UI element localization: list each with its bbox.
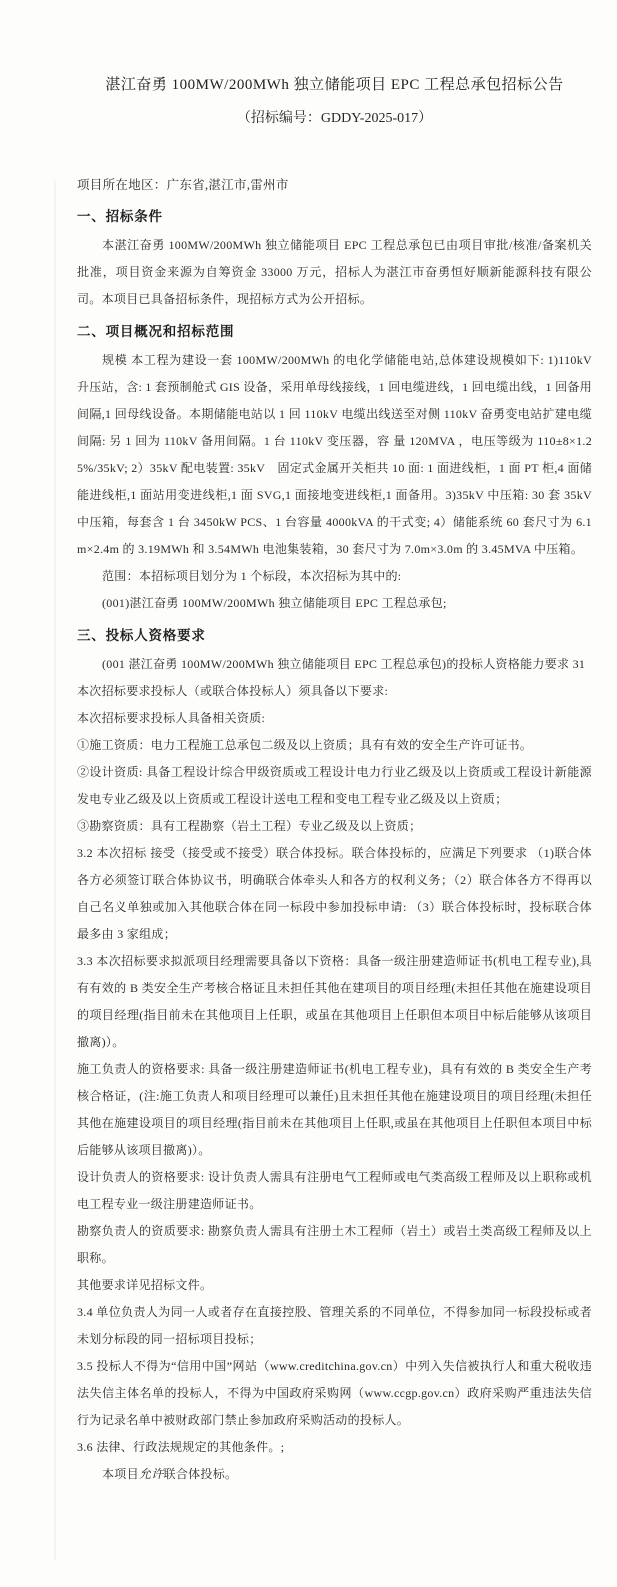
paragraph-text: 联合体投标。	[164, 1467, 238, 1481]
filled-blank-value: 允许	[139, 1467, 164, 1481]
paragraph: 3.5 投标人不得为“信用中国”网站（www.creditchina.gov.c…	[77, 1353, 592, 1434]
section-heading: 一、招标条件	[77, 203, 592, 230]
paragraph: 本湛江奋勇 100MW/200MWh 独立储能项目 EPC 工程总承包已由项目审…	[77, 232, 592, 313]
paragraph: ②设计资质: 具备工程设计综合甲级资质或工程设计电力行业乙级及以上资质或工程设计…	[77, 759, 592, 813]
scan-artifact-line	[54, 180, 56, 1560]
paragraph: 3.2 本次招标 接受（接受或不接受）联合体投标。联合体投标的，应满足下列要求 …	[77, 840, 592, 948]
paragraph: 3.6 法律、行政法规规定的其他条件。;	[77, 1434, 592, 1461]
tender-announcement-page: 湛江奋勇 100MW/200MWh 独立储能项目 EPC 工程总承包招标公告 （…	[0, 0, 617, 1587]
paragraph: (001 湛江奋勇 100MW/200MWh 独立储能项目 EPC 工程总承包)…	[77, 651, 592, 678]
paragraph: (001)湛江奋勇 100MW/200MWh 独立储能项目 EPC 工程总承包;	[77, 590, 592, 617]
page-title: 湛江奋勇 100MW/200MWh 独立储能项目 EPC 工程总承包招标公告	[77, 74, 592, 97]
paragraph: 勘察负责人的资质要求: 勘察负责人需具有注册土木工程师（岩土）或岩土类高级工程师…	[77, 1218, 592, 1272]
section-heading: 二、项目概况和招标范围	[77, 318, 592, 345]
paragraph: 本项目允许联合体投标。	[77, 1461, 592, 1488]
paragraph: 3.4 单位负责人为同一人或者存在直接控股、管理关系的不同单位，不得参加同一标段…	[77, 1299, 592, 1353]
paragraph: 其他要求详见招标文件。	[77, 1272, 592, 1299]
paragraph: 本次招标要求投标人（或联合体投标人）须具备以下要求:	[77, 678, 592, 705]
paragraph: ③勘察资质：具有工程勘察（岩土工程）专业乙级及以上资质；	[77, 813, 592, 840]
document-body: 一、招标条件本湛江奋勇 100MW/200MWh 独立储能项目 EPC 工程总承…	[77, 203, 592, 1488]
project-location: 项目所在地区：广东省,湛江市,雷州市	[77, 172, 592, 198]
paragraph: 本次招标要求投标人具备相关资质:	[77, 705, 592, 732]
paragraph: 范围：本招标项目划分为 1 个标段，本次招标为其中的:	[77, 563, 592, 590]
section-heading: 三、投标人资格要求	[77, 622, 592, 649]
tender-number: （招标编号：GDDY-2025-017）	[77, 108, 592, 130]
paragraph: ①施工资质：电力工程施工总承包二级及以上资质；具有有效的安全生产许可证书。	[77, 732, 592, 759]
paragraph-text: 本项目	[102, 1467, 139, 1481]
paragraph: 设计负责人的资格要求: 设计负责人需具有注册电气工程师或电气类高级工程师及以上职…	[77, 1164, 592, 1218]
paragraph: 3.3 本次招标要求拟派项目经理需要具备以下资格：具备一级注册建造师证书(机电工…	[77, 948, 592, 1056]
paragraph: 施工负责人的资格要求: 具备一级注册建造师证书(机电工程专业)，具有有效的 B …	[77, 1056, 592, 1164]
paragraph: 规模 本工程为建设一套 100MW/200MWh 的电化学储能电站,总体建设规模…	[77, 347, 592, 563]
